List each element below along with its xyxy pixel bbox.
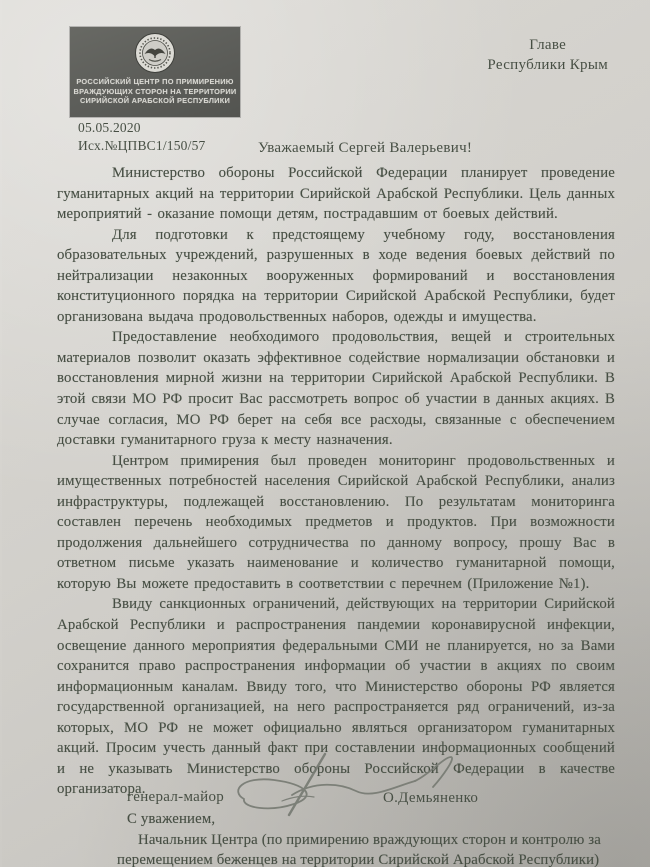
- paragraph-2: Для подготовки к предстоящему учебному г…: [57, 225, 615, 328]
- stamp-line-2: ВРАЖДУЮЩИХ СТОРОН НА ТЕРРИТОРИИ: [74, 87, 237, 97]
- paragraph-4: Центром примирения был проведен монитори…: [57, 451, 615, 595]
- letter-meta: 05.05.2020 Исх.№ЦПВС1/150/57: [78, 119, 205, 154]
- stamp-line-1: РОССИЙСКИЙ ЦЕНТР ПО ПРИМИРЕНИЮ: [74, 77, 237, 87]
- stamp-line-3: СИРИЙСКОЙ АРАБСКОЙ РЕСПУБЛИКИ: [74, 96, 237, 106]
- recipient-line-2: Республики Крым: [487, 56, 608, 76]
- scanned-letter-photo: РОССИЙСКИЙ ЦЕНТР ПО ПРИМИРЕНИЮ ВРАЖДУЮЩИ…: [0, 0, 650, 867]
- paragraph-1: Министерство обороны Российской Федераци…: [57, 163, 615, 225]
- recipient-line-1: Главе: [487, 36, 608, 56]
- signer-rank: генерал-майор: [127, 789, 224, 806]
- signer-name: О.Демьяненко: [383, 790, 478, 807]
- salutation: Уважаемый Сергей Валерьевич!: [258, 140, 472, 157]
- letter-ref-number: Исх.№ЦПВС1/150/57: [78, 137, 205, 155]
- letterhead-stamp: РОССИЙСКИЙ ЦЕНТР ПО ПРИМИРЕНИЮ ВРАЖДУЮЩИ…: [70, 27, 240, 117]
- handwritten-signature-scribble: [222, 743, 472, 825]
- recipient-block: Главе Республики Крым: [487, 36, 608, 75]
- paragraph-3: Предоставление необходимого продовольств…: [57, 327, 615, 450]
- letter-date: 05.05.2020: [78, 119, 205, 137]
- signer-position: Начальник Центра (по примирению враждующ…: [57, 830, 615, 867]
- dove-reconciliation-emblem-icon: [134, 32, 176, 74]
